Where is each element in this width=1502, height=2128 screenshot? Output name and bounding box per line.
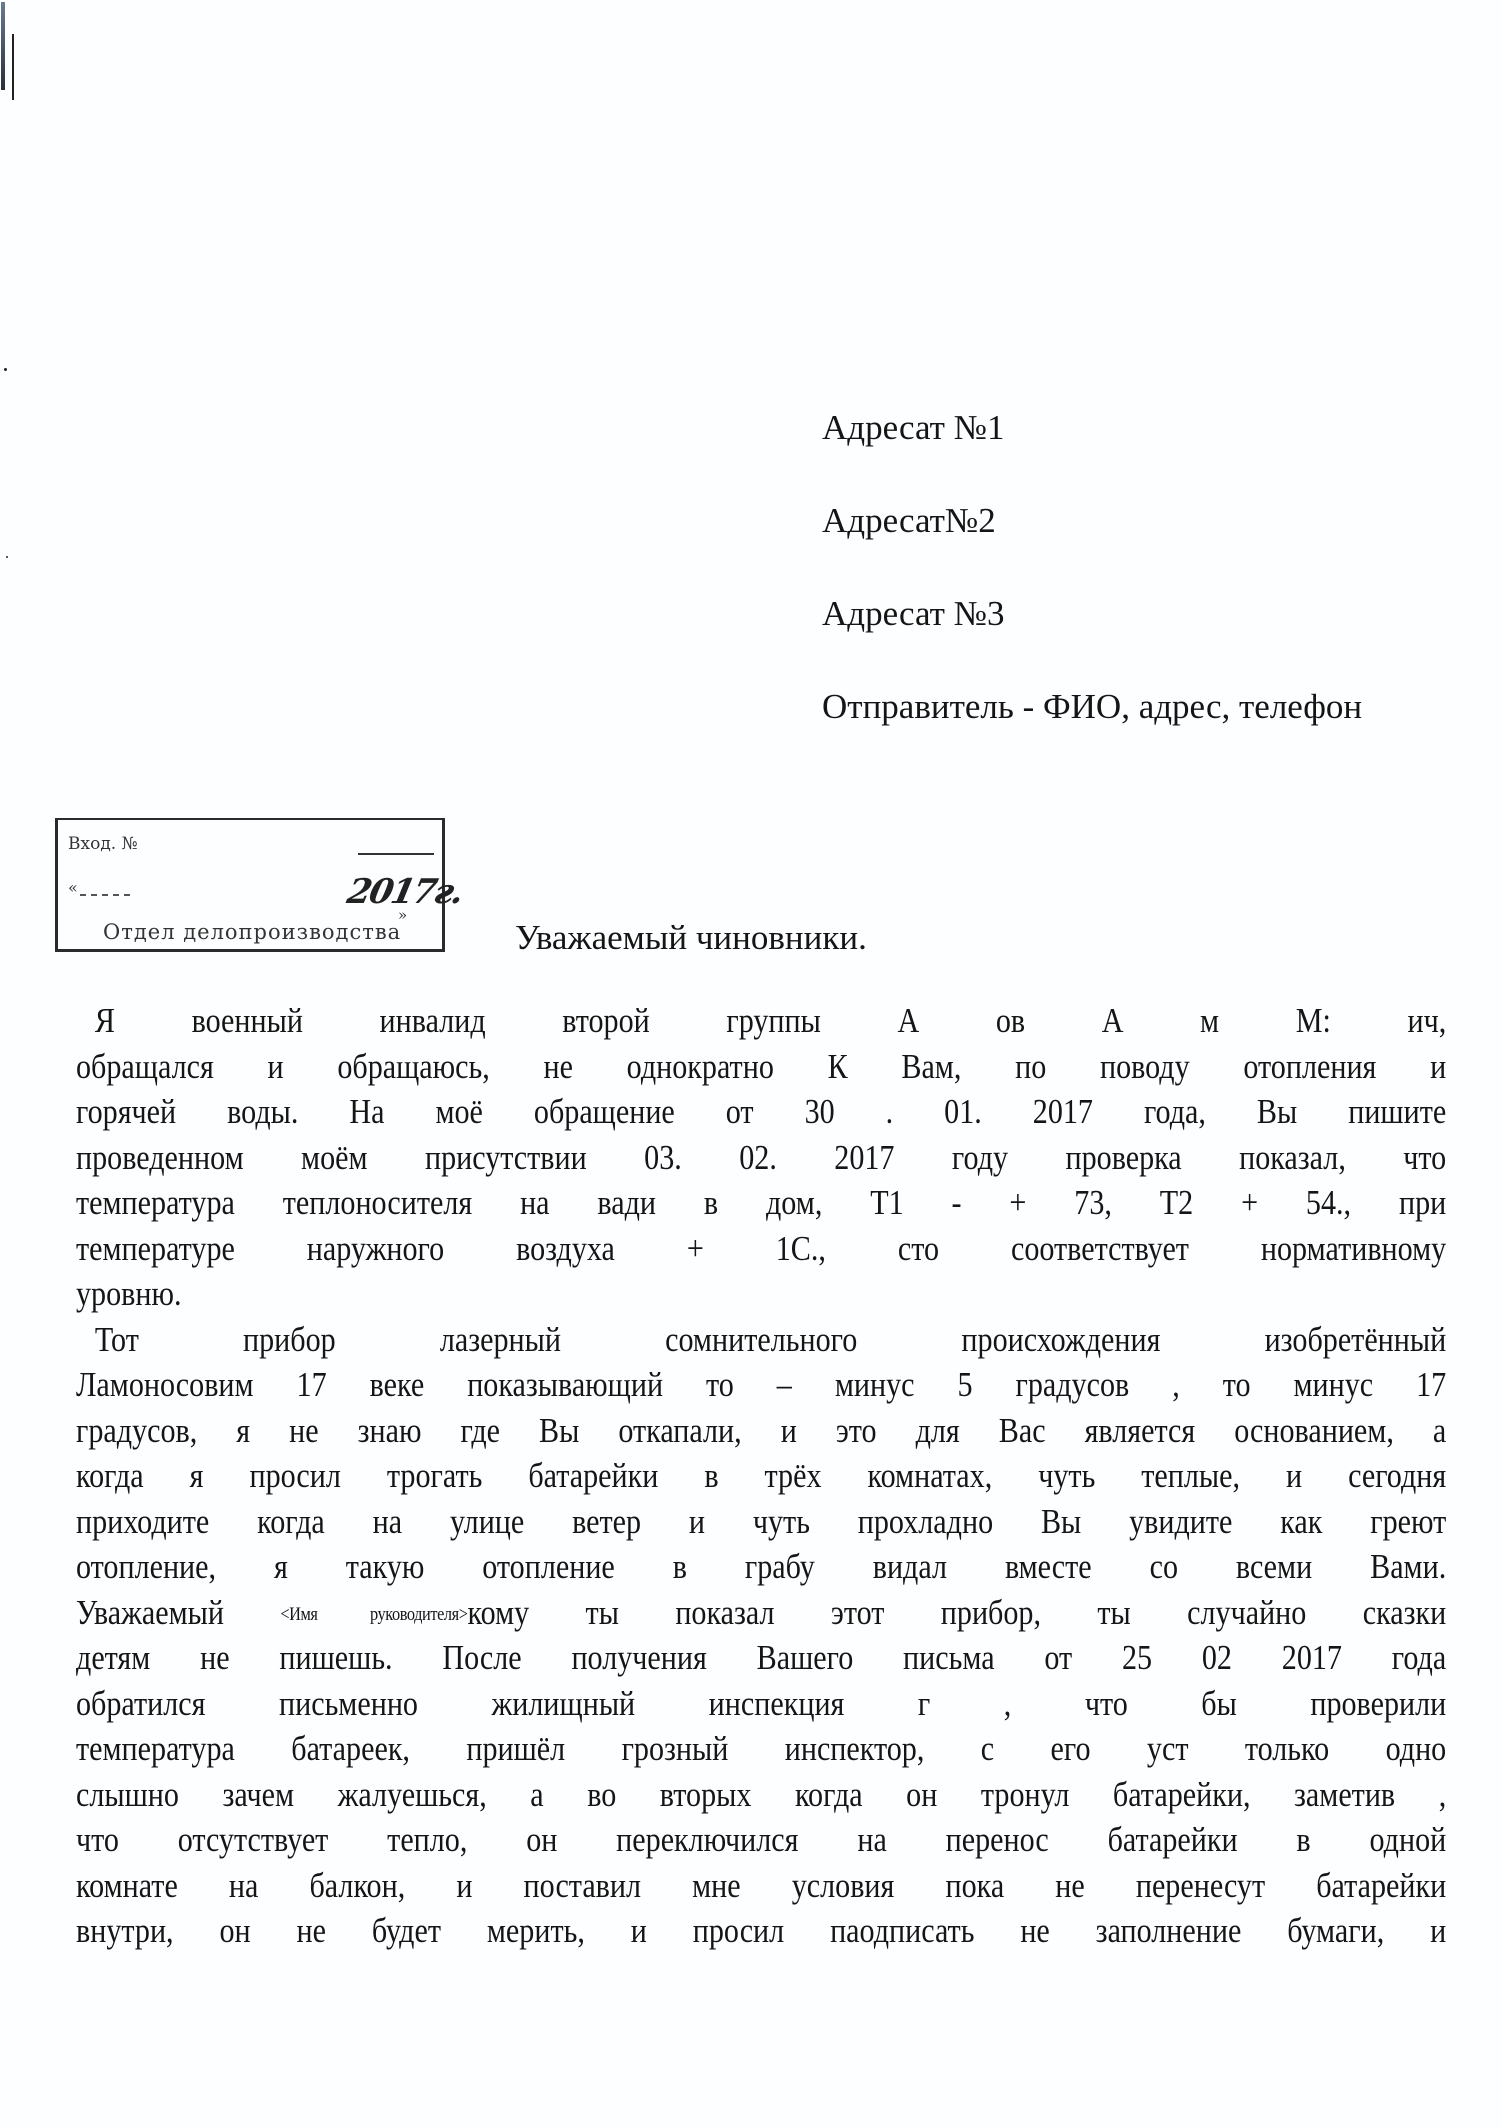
text-line: проведенном моём присутствии 03. 02. 201… bbox=[76, 1135, 1446, 1181]
text-line: комнате на балкон, и поставил мне услови… bbox=[76, 1863, 1446, 1909]
text-line: Тот прибор лазерный сомнительного происх… bbox=[76, 1317, 1446, 1363]
stamp-number-line bbox=[358, 853, 434, 855]
text-line: температура батареек, пришёл грозный инс… bbox=[76, 1726, 1446, 1772]
text-line: Я военный инвалид второй группы А ов А м… bbox=[76, 998, 1446, 1044]
addressee-3: Адресат №3 bbox=[822, 588, 1362, 681]
text-line: что отсутствует тепло, он переключился н… bbox=[76, 1817, 1446, 1863]
text-line: градусов, я не знаю где Вы откапали, и э… bbox=[76, 1408, 1446, 1454]
text-line-with-placeholder: Уважаемый <Имя руководителя>кому ты пока… bbox=[76, 1590, 1446, 1636]
text-line: обращался и обращаюсь, не однократно К В… bbox=[76, 1044, 1446, 1090]
sender-line: Отправитель - ФИО, адрес, телефон bbox=[822, 681, 1362, 733]
address-block: Адресат №1 Адресат№2 Адресат №3 Отправит… bbox=[822, 402, 1362, 733]
incoming-registration-stamp: Вход. № « 2017г. » Отдел делопроизводств… bbox=[55, 818, 445, 952]
binding-mark bbox=[12, 34, 14, 100]
text-line: внутри, он не будет мерить, и просил пао… bbox=[76, 1908, 1446, 1954]
scan-speck bbox=[6, 556, 8, 558]
text-line: слышно зачем жалуешься, а во вторых когд… bbox=[76, 1772, 1446, 1818]
text-line: уровню. bbox=[76, 1271, 1446, 1317]
paragraph-1: Я военный инвалид второй группы А ов А м… bbox=[76, 998, 1446, 1317]
text-line: отопление, я такую отопление в грабу вид… bbox=[76, 1544, 1446, 1590]
text-line: детям не пишешь. После получения Вашего … bbox=[76, 1635, 1446, 1681]
text-line: горячей воды. На моё обращение от 30 . 0… bbox=[76, 1089, 1446, 1135]
stamp-incoming-label: Вход. № bbox=[68, 834, 138, 854]
text-line: когда я просил трогать батарейки в трёх … bbox=[76, 1453, 1446, 1499]
addressee-1: Адресат №1 bbox=[822, 402, 1362, 495]
text-segment: Уважаемый bbox=[76, 1593, 280, 1632]
scan-speck bbox=[4, 368, 7, 371]
text-line: приходите когда на улице ветер и чуть пр… bbox=[76, 1499, 1446, 1545]
salutation: Уважаемый чиновники. bbox=[515, 918, 867, 958]
paragraph-2: Тот прибор лазерный сомнительного происх… bbox=[76, 1317, 1446, 1954]
stamp-quote-open: « bbox=[68, 878, 78, 897]
letter-body: Я военный инвалид второй группы А ов А м… bbox=[76, 998, 1446, 1954]
text-line: температура теплоносителя на вади в дом,… bbox=[76, 1180, 1446, 1226]
text-line: Ламоносовим 17 веке показывающий то – ми… bbox=[76, 1362, 1446, 1408]
binding-mark bbox=[1, 2, 5, 90]
name-placeholder: <Имя руководителя> bbox=[280, 1604, 467, 1625]
stamp-date-line bbox=[80, 894, 130, 896]
addressee-2: Адресат№2 bbox=[822, 495, 1362, 588]
stamp-department: Отдел делопроизводства bbox=[103, 920, 401, 944]
text-line: обратился письменно жилищный инспекция г… bbox=[76, 1681, 1446, 1727]
text-line: температуре наружного воздуха + 1С., сто… bbox=[76, 1226, 1446, 1272]
text-segment: кому ты показал этот прибор, ты случайно… bbox=[468, 1593, 1447, 1632]
